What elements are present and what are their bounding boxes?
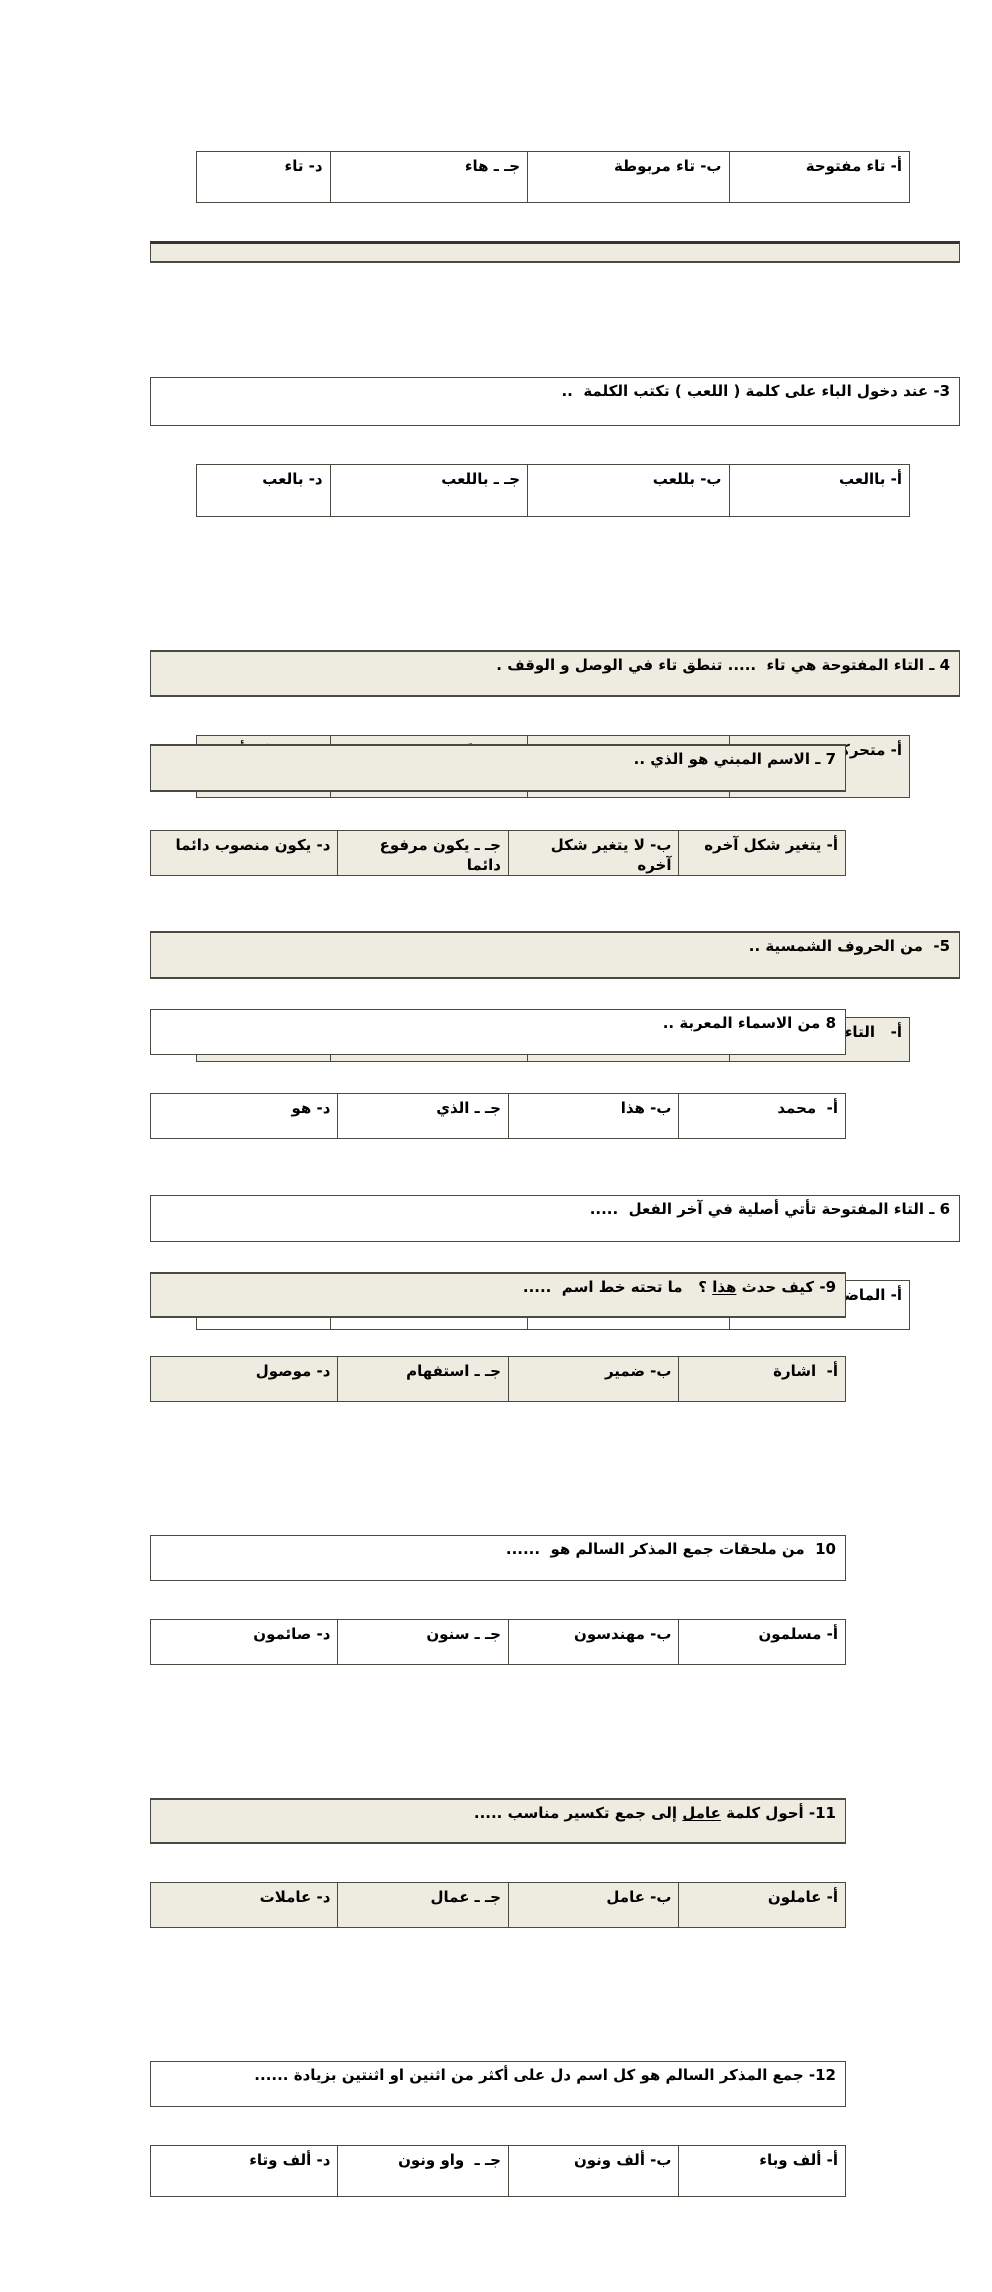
question-block: 7 ـ الاسم المبني هو الذي .. أ- يتغير شكل…: [150, 706, 846, 914]
option-cell-a: أ- اشارة: [679, 1357, 845, 1401]
empty-spacer-row: [150, 241, 960, 263]
question-text-row: 12- جمع المذكر السالم هو كل اسم دل على أ…: [150, 2061, 846, 2107]
option-cell-b: ب- لا يتغير شكل آخره: [509, 831, 680, 875]
option-cell-d: د- ألف وتاء: [151, 2146, 338, 2196]
option-cell-d: د- هو: [151, 1094, 338, 1138]
options-row: أ- اشارة ب- ضمير جـ ـ استفهام د- موصول: [150, 1356, 846, 1402]
table-2-question-blocks: 7 ـ الاسم المبني هو الذي .. أ- يتغير شكل…: [150, 668, 846, 2254]
question-block: 8 من الاسماء المعربة .. أ- محمد ب- هذا ج…: [150, 971, 846, 1177]
question-text-row: 7 ـ الاسم المبني هو الذي ..: [150, 744, 846, 792]
option-d-label: د- صائمون: [253, 1625, 330, 1643]
option-b-label: ب- مهندسون: [574, 1625, 671, 1643]
option-b-label: ب- تاء مربوطة: [614, 157, 722, 175]
question-text: 11- أحول كلمة: [721, 1804, 836, 1822]
option-a-label: أ- عاملون: [768, 1888, 838, 1906]
option-cell-d: د- بالعب: [197, 465, 331, 516]
option-cell-c: جـ ـ عمال: [338, 1883, 509, 1927]
option-c-label: جـ ـ استفهام: [406, 1362, 501, 1380]
option-cell-c: جـ ـ يكون مرفوع دائما: [338, 831, 509, 875]
option-cell-d: د- يكون منصوب دائما: [151, 831, 338, 875]
option-cell-b: ب- ألف ونون: [509, 2146, 680, 2196]
options-row: أ- محمد ب- هذا جـ ـ الذي د- هو: [150, 1093, 846, 1139]
option-a-label: أ- محمد: [777, 1099, 838, 1117]
question-2-options-row: أ- تاء مفتوحة ب- تاء مربوطة جـ ـ هاء د- …: [196, 151, 910, 203]
option-cell-b: ب- مهندسون: [509, 1620, 680, 1664]
option-cell-a: أ- تاء مفتوحة: [730, 152, 910, 202]
option-cell-a: أ- يتغير شكل آخره: [679, 831, 845, 875]
question-text: 10 من ملحقات جمع المذكر السالم هو ......: [506, 1540, 836, 1558]
question-text-continuation: إلى جمع تكسير مناسب .....: [474, 1804, 682, 1822]
option-c-label: جـ ـ هاء: [465, 157, 520, 175]
option-cell-a: أ- عاملون: [679, 1883, 845, 1927]
option-cell-d: د- صائمون: [151, 1620, 338, 1664]
option-b-label: ب- هذا: [621, 1099, 672, 1117]
option-c-label: جـ ـ الذي: [436, 1099, 501, 1117]
option-c-label: جـ ـ واو ونون: [398, 2151, 501, 2169]
option-a-label: أ- تاء مفتوحة: [806, 157, 902, 175]
option-a-label: أ- مسلمون: [758, 1625, 838, 1643]
option-a-label: أ- ألف وباء: [759, 2151, 838, 2169]
option-a-label: أ- التاء: [845, 1023, 902, 1041]
option-cell-c: جـ ـ واو ونون: [338, 2146, 509, 2196]
question-text-row: 8 من الاسماء المعربة ..: [150, 1009, 846, 1055]
option-a-label: أ- يتغير شكل آخره: [704, 836, 838, 854]
question-block: 3- عند دخول الباء على كلمة ( اللعب ) تكت…: [150, 339, 960, 555]
option-c-label: جـ ـ يكون مرفوع دائما: [374, 836, 501, 874]
question-text: 7 ـ الاسم المبني هو الذي ..: [634, 750, 836, 768]
option-d-label: د- يكون منصوب دائما: [175, 836, 330, 854]
options-row: أ- عاملون ب- عامل جـ ـ عمال د- عاملات: [150, 1882, 846, 1928]
option-c-label: جـ ـ عمال: [431, 1888, 501, 1906]
option-cell-b: ب- بللعب: [528, 465, 729, 516]
option-cell-a: أ- باالعب: [730, 465, 910, 516]
option-b-label: ب- بللعب: [653, 470, 722, 488]
question-text: 3- عند دخول الباء على كلمة ( اللعب ) تكت…: [561, 382, 950, 400]
option-b-label: ب- ألف ونون: [574, 2151, 672, 2169]
option-d-label: د- ألف وتاء: [249, 2151, 330, 2169]
option-cell-d: د- موصول: [151, 1357, 338, 1401]
options-row: أ- ألف وباء ب- ألف ونون جـ ـ واو ونون د-…: [150, 2145, 846, 2197]
option-b-label: ب- لا يتغير شكل آخره: [546, 836, 672, 874]
option-cell-d: د- تاء: [197, 152, 331, 202]
option-cell-d: د- عاملات: [151, 1883, 338, 1927]
question-underlined-word: عامل: [682, 1804, 721, 1822]
question-text: 9- كيف حدث: [736, 1278, 836, 1296]
question-block: 9- كيف حدث هذا ؟ ما تحته خط اسم ..... أ-…: [150, 1234, 846, 1440]
option-cell-b: ب- ضمير: [509, 1357, 680, 1401]
question-text-row: 3- عند دخول الباء على كلمة ( اللعب ) تكت…: [150, 377, 960, 426]
option-d-label: د- هو: [292, 1099, 331, 1117]
question-block: 11- أحول كلمة عامل إلى جمع تكسير مناسب .…: [150, 1760, 846, 1966]
option-cell-c: جـ ـ هاء: [331, 152, 528, 202]
option-cell-c: جـ ـ الذي: [338, 1094, 509, 1138]
option-cell-b: ب- عامل: [509, 1883, 680, 1927]
option-d-label: د- تاء: [285, 157, 323, 175]
question-block: 10 من ملحقات جمع المذكر السالم هو ......…: [150, 1497, 846, 1703]
option-cell-a: أ- ألف وباء: [679, 2146, 845, 2196]
option-a-label: أ- باالعب: [839, 470, 902, 488]
option-a-label: أ- اشارة: [773, 1362, 838, 1380]
option-cell-a: أ- محمد: [679, 1094, 845, 1138]
question-text: 8 من الاسماء المعربة ..: [663, 1014, 836, 1032]
option-d-label: د- موصول: [256, 1362, 331, 1380]
option-cell-c: جـ ـ سنون: [338, 1620, 509, 1664]
question-text-continuation: ؟ ما تحته خط اسم .....: [523, 1278, 712, 1296]
options-row: أ- يتغير شكل آخره ب- لا يتغير شكل آخره ج…: [150, 830, 846, 876]
options-row: أ- مسلمون ب- مهندسون جـ ـ سنون د- صائمون: [150, 1619, 846, 1665]
question-text-row: 11- أحول كلمة عامل إلى جمع تكسير مناسب .…: [150, 1798, 846, 1844]
option-d-label: د- عاملات: [260, 1888, 331, 1906]
option-d-label: د- بالعب: [262, 470, 322, 488]
question-text-row: 9- كيف حدث هذا ؟ ما تحته خط اسم .....: [150, 1272, 846, 1318]
question-text: 12- جمع المذكر السالم هو كل اسم دل على أ…: [254, 2066, 836, 2084]
exam-worksheet-page: أ- تاء مفتوحة ب- تاء مربوطة جـ ـ هاء د- …: [0, 0, 992, 1403]
option-cell-a: أ- مسلمون: [679, 1620, 845, 1664]
option-cell-b: ب- هذا: [509, 1094, 680, 1138]
question-text-row: 10 من ملحقات جمع المذكر السالم هو ......: [150, 1535, 846, 1581]
question-underlined-word: هذا: [712, 1278, 736, 1296]
option-b-label: ب- عامل: [606, 1888, 671, 1906]
option-c-label: جـ ـ باللعب: [441, 470, 520, 488]
grammar-quiz-table-lower: 7 ـ الاسم المبني هو الذي .. أ- يتغير شكل…: [150, 630, 846, 2292]
option-cell-c: جـ ـ استفهام: [338, 1357, 509, 1401]
option-b-label: ب- ضمير: [605, 1362, 672, 1380]
option-c-label: جـ ـ سنون: [426, 1625, 501, 1643]
option-cell-c: جـ ـ باللعب: [331, 465, 528, 516]
option-cell-b: ب- تاء مربوطة: [528, 152, 729, 202]
options-row: أ- باالعب ب- بللعب جـ ـ باللعب د- بالعب: [196, 464, 910, 517]
question-block: 12- جمع المذكر السالم هو كل اسم دل على أ…: [150, 2023, 846, 2235]
